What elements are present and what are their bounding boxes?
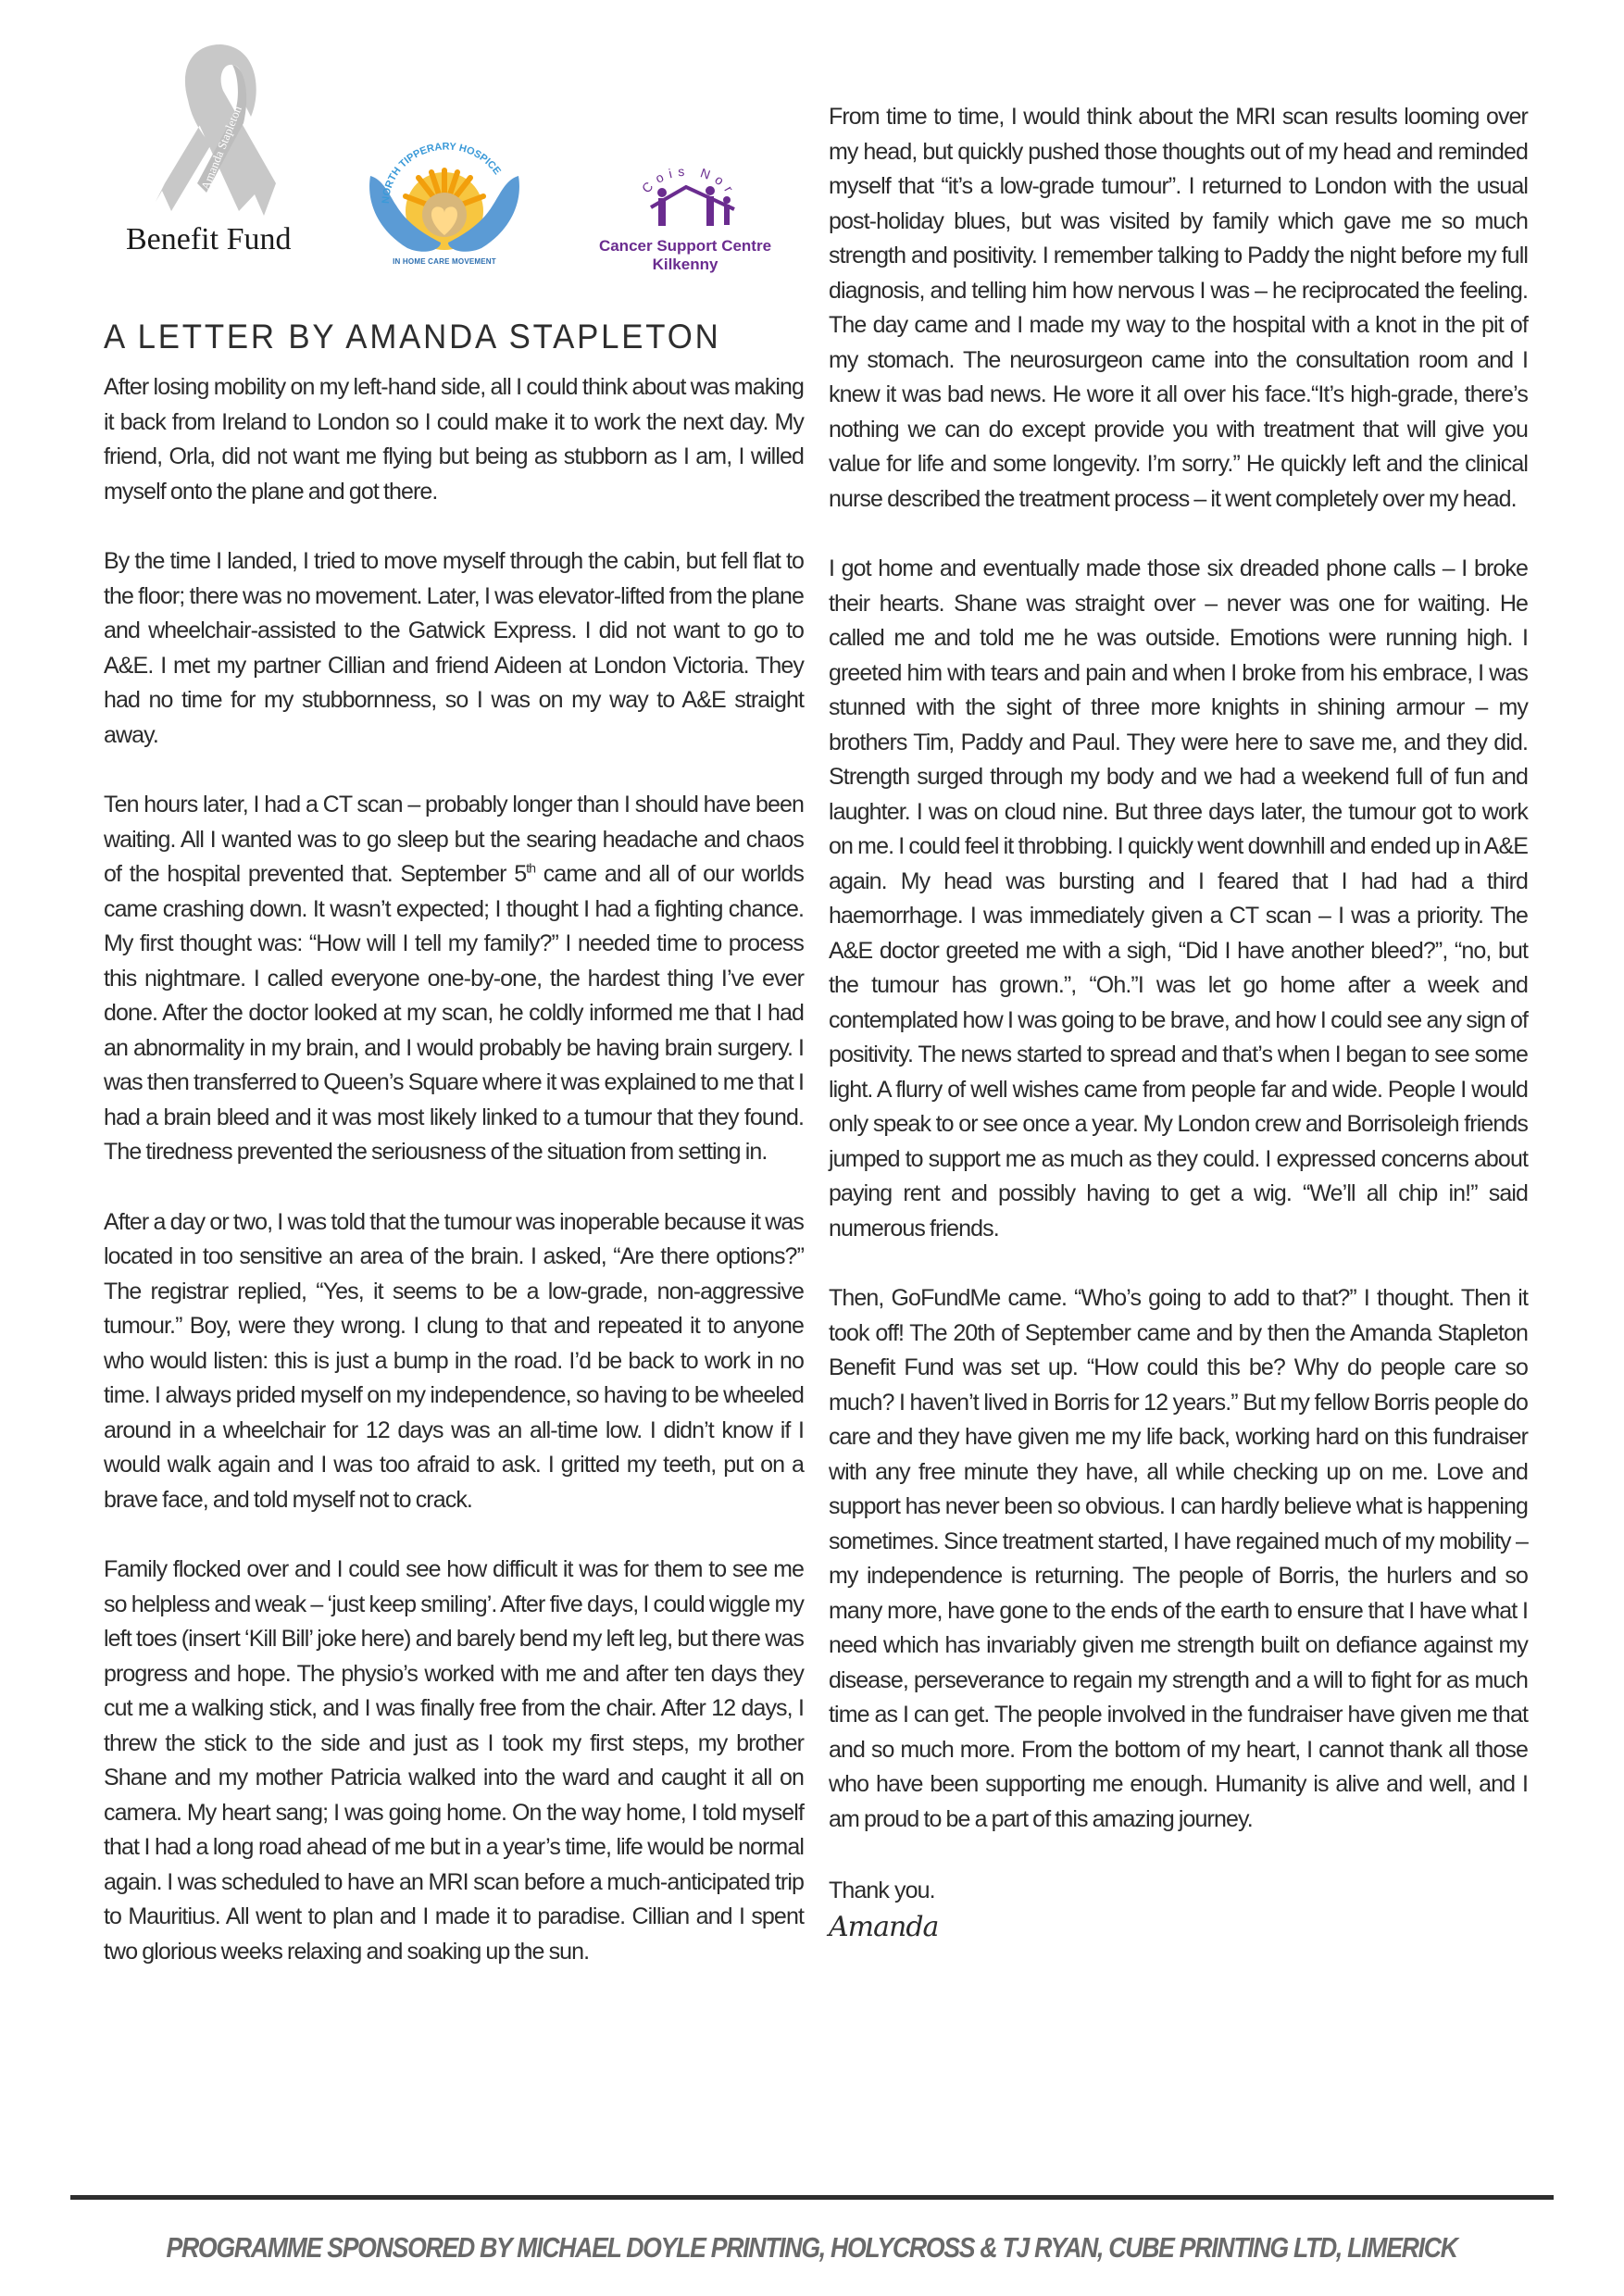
closing-line: Thank you.	[829, 1874, 1528, 1909]
cois-nore-logo: Cois Nore Cancer Support Centre Kilkenny	[597, 157, 773, 278]
paragraph-text: came and all of our worlds came crashing…	[104, 861, 804, 1165]
hospice-subtitle: IN HOME CARE MOVEMENT	[352, 257, 537, 266]
hands-sunflower-icon: NORTH TIPPERARY HOSPICE	[352, 139, 537, 259]
signature: Amanda	[829, 1909, 1528, 1946]
ordinal-suffix: th	[526, 861, 535, 876]
letter-right-column: From time to time, I would think about t…	[829, 100, 1528, 1946]
svg-text:Cois Nore: Cois Nore	[597, 157, 739, 199]
letter-paragraph: From time to time, I would think about t…	[829, 100, 1528, 517]
letter-paragraph: After a day or two, I was told that the …	[104, 1205, 804, 1518]
sponsor-footer: PROGRAMME SPONSORED BY MICHAEL DOYLE PRI…	[0, 2231, 1624, 2265]
logo-row: Amanda Stapleton Benefit Fund	[93, 28, 796, 268]
family-house-icon: Cois Nore	[597, 157, 773, 231]
sponsor-text: PROGRAMME SPONSORED BY MICHAEL DOYLE PRI…	[167, 2231, 1457, 2265]
north-tipperary-hospice-logo: NORTH TIPPERARY HOSPICE IN HOME CARE MOV…	[352, 139, 537, 278]
benefit-fund-logo: Amanda Stapleton Benefit Fund	[109, 28, 313, 268]
footer-divider	[70, 2195, 1554, 2200]
letter-left-column: After losing mobility on my left-hand si…	[104, 370, 804, 1969]
cois-nore-line1: Cancer Support Centre	[597, 237, 773, 256]
letter-title: A LETTER BY AMANDA STAPLETON	[104, 318, 721, 356]
letter-paragraph: I got home and eventually made those six…	[829, 552, 1528, 1246]
benefit-fund-label: Benefit Fund	[126, 222, 291, 257]
awareness-ribbon-icon: Amanda Stapleton	[151, 35, 290, 220]
letter-paragraph: Then, GoFundMe came. “Who’s going to add…	[829, 1281, 1528, 1837]
letter-paragraph: Family flocked over and I could see how …	[104, 1553, 804, 1969]
cois-nore-line2: Kilkenny	[597, 256, 773, 274]
letter-paragraph: Ten hours later, I had a CT scan – proba…	[104, 788, 804, 1170]
letter-paragraph: By the time I landed, I tried to move my…	[104, 544, 804, 753]
letter-paragraph: After losing mobility on my left-hand si…	[104, 370, 804, 509]
